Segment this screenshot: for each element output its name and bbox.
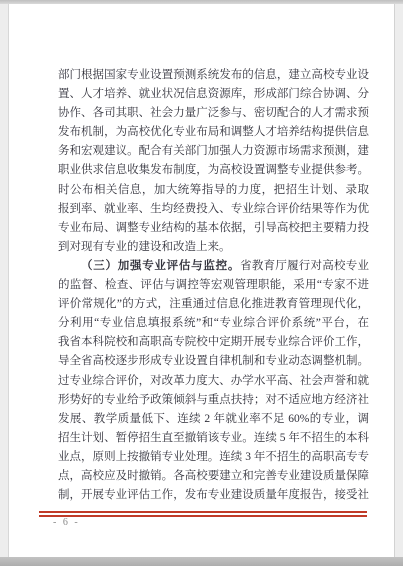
text-line: 制，开展专业评估工作，发布专业建设质量年度报告，接受社会 <box>58 486 369 505</box>
scan-edge-bottom <box>0 557 403 566</box>
text-line: 我省本科院校和高职高专院校中定期开展专业综合评价工作，引 <box>58 333 369 352</box>
text-line: 到对现有专业的建设和改造上来。 <box>58 238 369 257</box>
section-heading: （三）加强专业评估与监控。 <box>81 260 240 272</box>
text-line: 发展、教学质量低下、连续 2 年就业率不足 60%的专业，调减 <box>58 410 369 429</box>
text-line: 形势好的专业给予政策倾斜与重点扶持；对不适应地方经济社会 <box>58 391 369 410</box>
text-line: 职业供求信息收集发布制度，为高校设置调整专业提供参考。适 <box>58 161 369 180</box>
text-line: 务和宏观建议。配合有关部门加强人力资源市场需求预测，建立 <box>58 142 369 161</box>
text-line: 发布机制，为高校优化专业布局和调整人才培养结构提供信息服 <box>58 123 369 142</box>
text-line: 过专业综合评价，对改革力度大、办学水平高、社会声誉和就业 <box>58 372 369 391</box>
text-line: 招生计划、暂停招生直至撤销该专业。连续 5 年不招生的本科专 <box>58 429 369 448</box>
text-line: 评价常规化”的方式，注重通过信息化推进教育管理现代化，充 <box>58 295 369 314</box>
text-line: 业点，原则上按撤销专业处理。连续 3 年不招生的高职高专专业 <box>58 448 369 467</box>
text-line: 置、人才培养、就业状况信息资源库，形成部门综合协调、分工 <box>58 85 369 104</box>
text-line: 时公布相关信息，加大统筹指导的力度，把招生计划、录取率、 <box>58 181 369 200</box>
text-line: 协作、各司其职、社会力量广泛参与、密切配合的人才需求预测 <box>58 104 369 123</box>
text-line: 报到率、就业率、生均经费投入、专业综合评价结果等作为优化 <box>58 200 369 219</box>
page-number: - 6 - <box>53 517 80 528</box>
footer-double-rule <box>39 511 367 517</box>
scan-background: 部门根据国家专业设置预测系统发布的信息，建立高校专业设置、人才培养、就业状况信息… <box>0 0 403 566</box>
text-line: （三）加强专业评估与监控。省教育厅履行对高校专业建设 <box>58 257 369 276</box>
text-line: 的监督、检查、评估与调控等宏观管理职能，采用“专家不进校、 <box>58 276 369 295</box>
text-line: 导全省高校逐步形成专业设置自律机制和专业动态调整机制。通 <box>58 352 369 371</box>
text-line: 部门根据国家专业设置预测系统发布的信息，建立高校专业设 <box>58 66 369 85</box>
text-line: 分利用“专业信息填报系统”和“专业综合评价系统”平台，在 <box>58 314 369 333</box>
text-line: 点，高校应及时撤销。各高校要建立和完善专业建设质量保障机 <box>58 467 369 486</box>
text-line: 专业布局、调整专业结构的基本依据，引导高校把主要精力投入 <box>58 219 369 238</box>
document-page: 部门根据国家专业设置预测系统发布的信息，建立高校专业设置、人才培养、就业状况信息… <box>8 4 395 557</box>
body-text: 部门根据国家专业设置预测系统发布的信息，建立高校专业设置、人才培养、就业状况信息… <box>58 66 369 505</box>
